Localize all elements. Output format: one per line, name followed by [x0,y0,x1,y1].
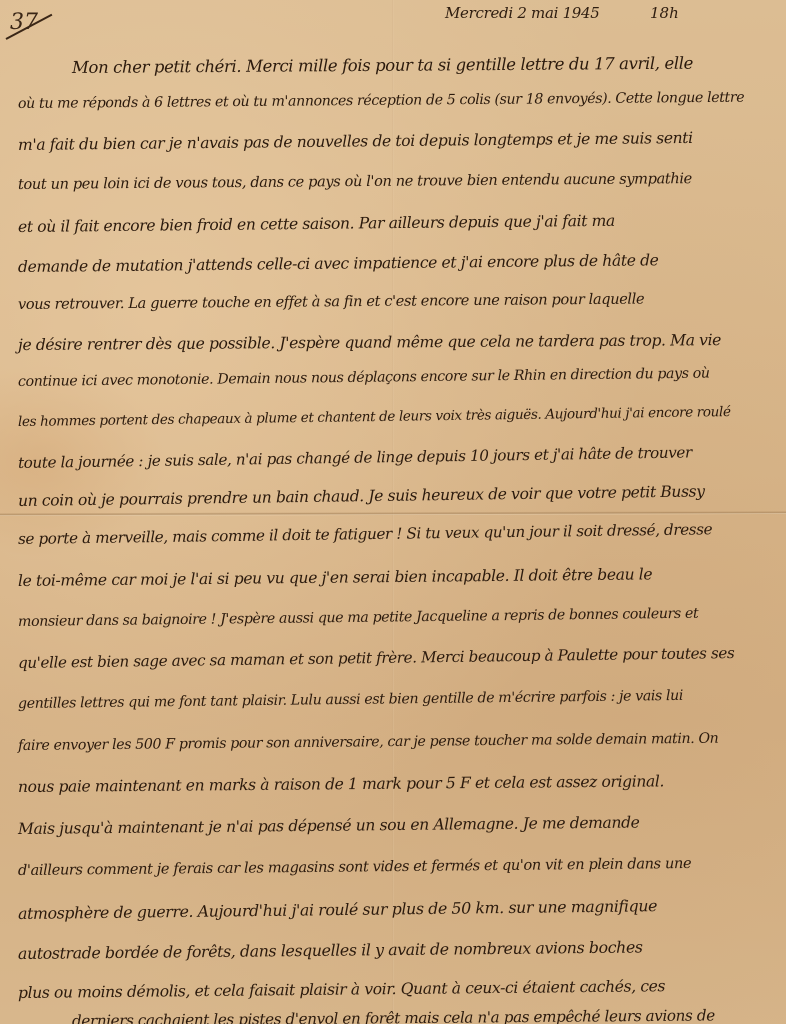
letter-date: Mercredi 2 mai 1945 [445,4,600,22]
letter-time: 18h [650,4,679,22]
